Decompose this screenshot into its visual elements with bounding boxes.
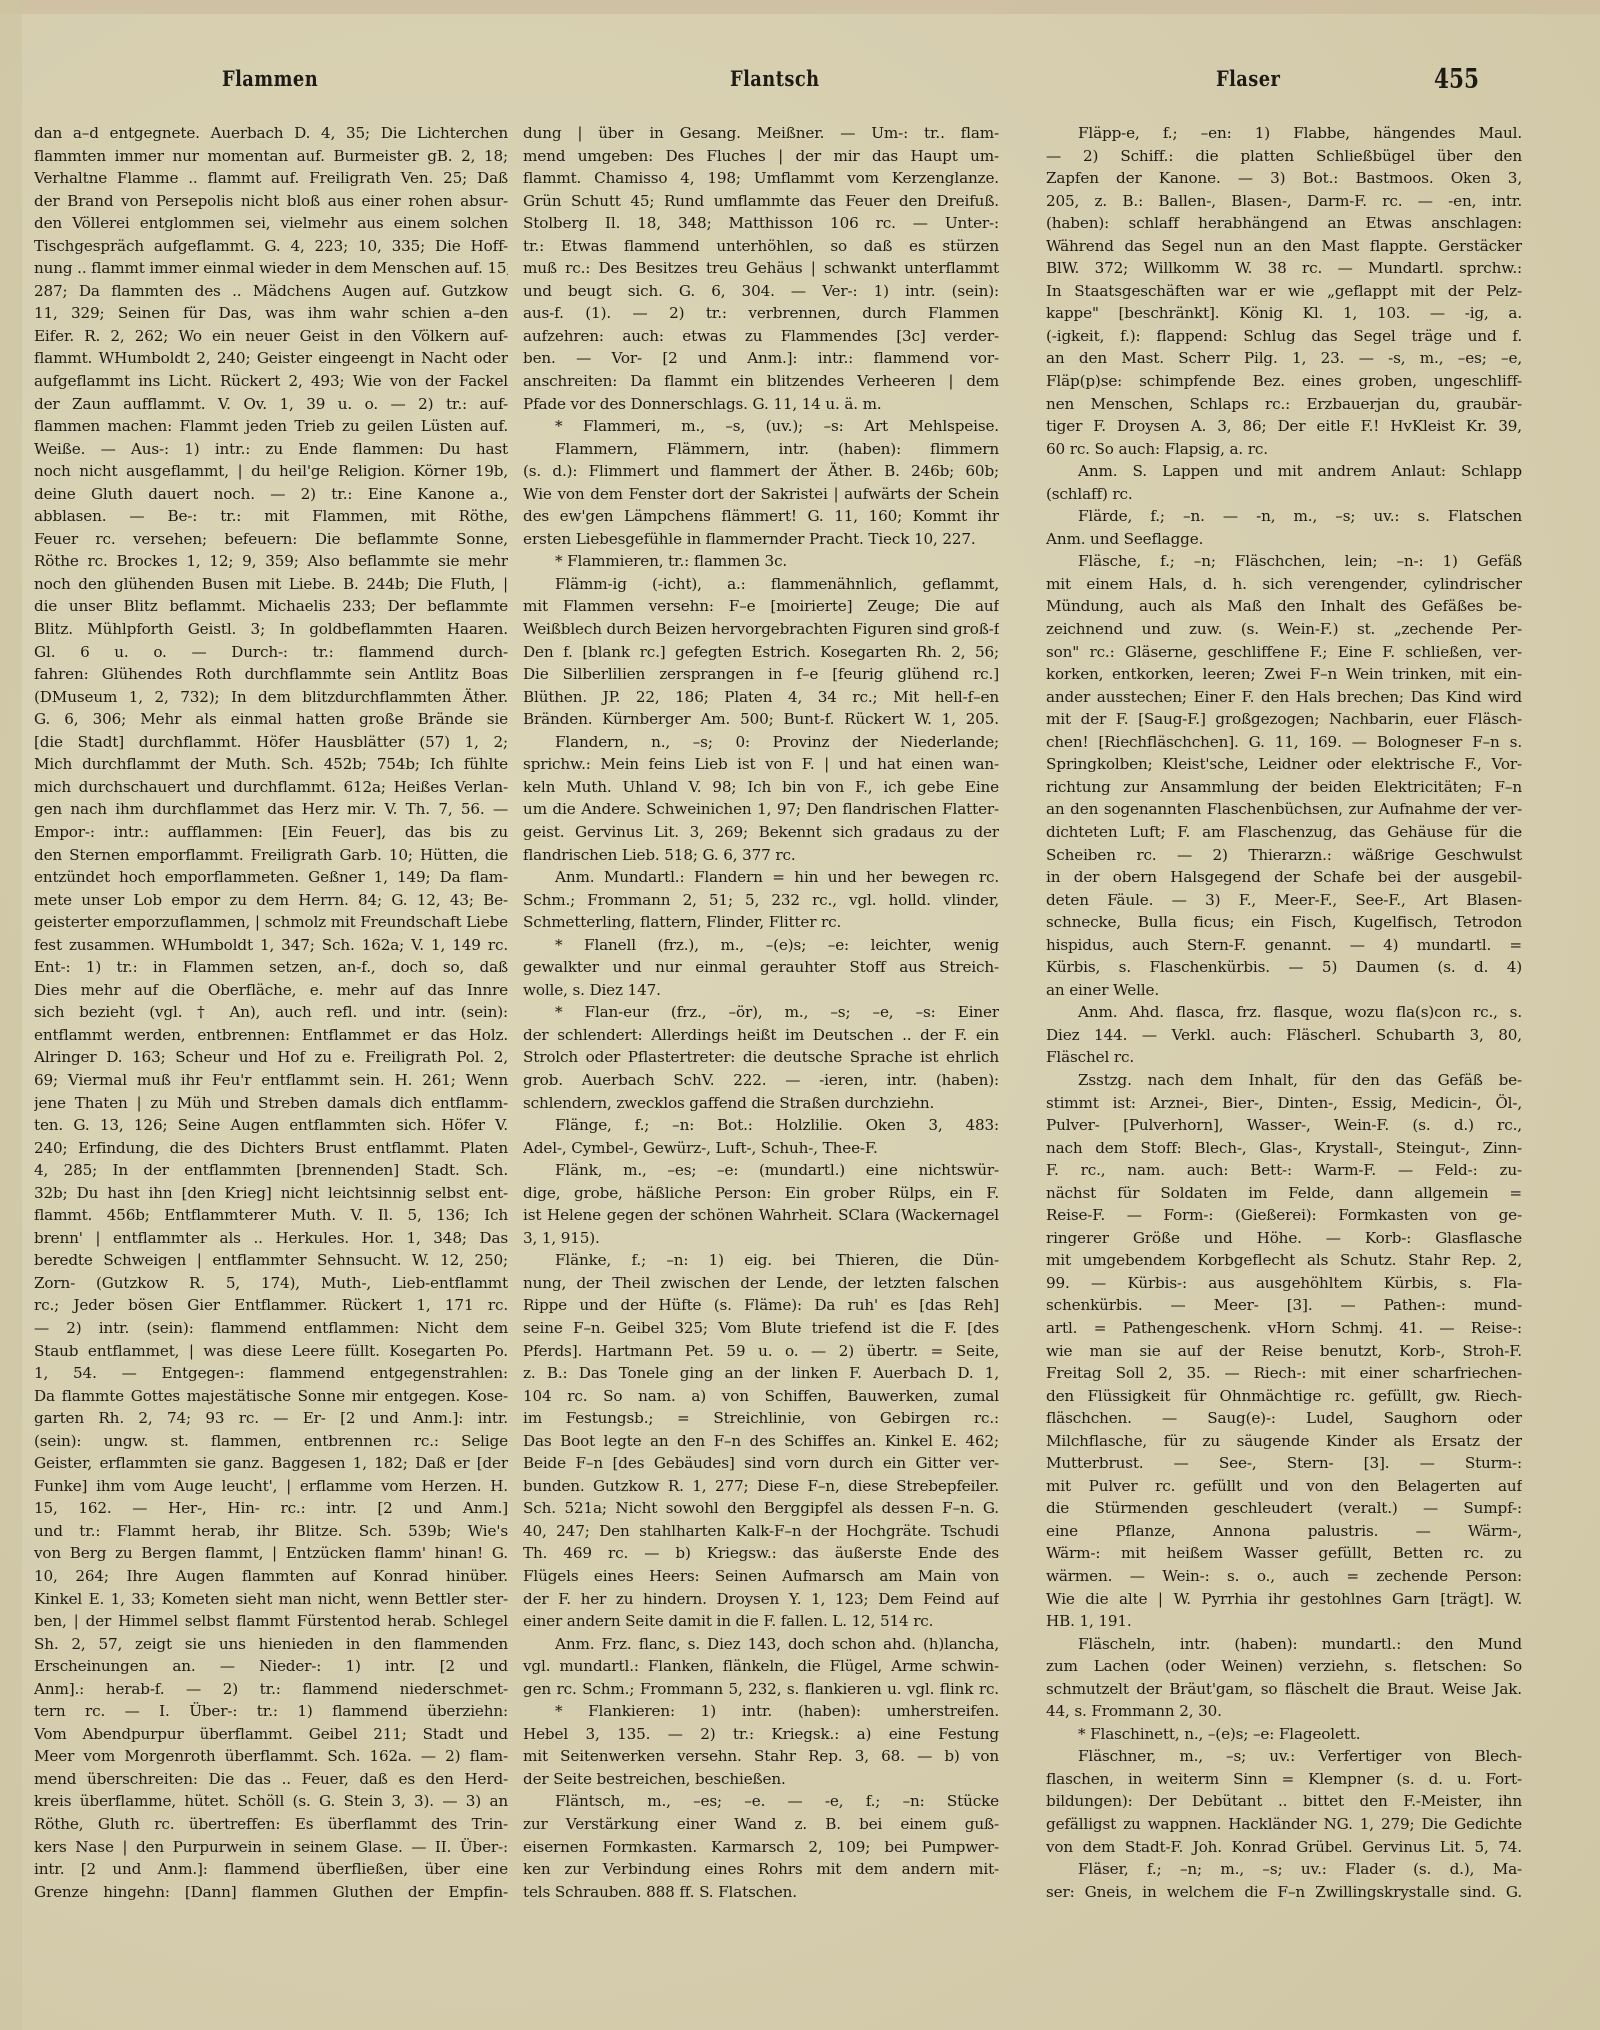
text-line: hispidus, auch Stern-F. genannt. — 4) mu… — [1046, 934, 1522, 957]
text-line: Kürbis, s. Flaschenkürbis. — 5) Daumen (… — [1046, 956, 1522, 979]
text-line: (-igkeit, f.): flappend: Schlug das Sege… — [1046, 325, 1522, 348]
text-line: flaschen, in weiterm Sinn = Klempner (s.… — [1046, 1768, 1522, 1791]
text-line: Strolch oder Pflastertreter: die deutsch… — [523, 1046, 999, 1069]
text-line: 69; Viermal muß ihr Feu'r entflammt sein… — [34, 1069, 508, 1092]
text-line: deten Fäule. — 3) F., Meer-F., See-F., A… — [1046, 889, 1522, 912]
text-line: (haben): schlaff herabhängend an Etwas a… — [1046, 212, 1522, 235]
text-line: flandrischen Lieb. 518; G. 6, 377 rc. — [523, 844, 999, 867]
text-line: des ew'gen Lämpchens flämmert! G. 11, 16… — [523, 505, 999, 528]
text-line: bunden. Gutzkow R. 1, 277; Diese F–n, di… — [523, 1475, 999, 1498]
page-gutter-shadow — [0, 0, 22, 2030]
text-line: den Sternen emporflammt. Freiligrath Gar… — [34, 844, 508, 867]
text-line: eine Pflanze, Annona palustris. — Wärm-, — [1046, 1520, 1522, 1543]
text-line: * Flanell (frz.), m., –(e)s; –e: leichte… — [523, 934, 999, 957]
text-line: Beide F–n [des Gebäudes] sind vorn durch… — [523, 1452, 999, 1475]
text-line: Anm].: herab-f. — 2) tr.: flammend niede… — [34, 1678, 508, 1701]
text-line: HB. 1, 191. — [1046, 1610, 1522, 1633]
text-line: noch nicht ausgeflammt, | du heil'ge Rel… — [34, 460, 508, 483]
column-right: Fläpp-e, f.; –en: 1) Flabbe, hängendes M… — [1046, 122, 1522, 1903]
text-line: Anm. Frz. flanc, s. Diez 143, doch schon… — [523, 1633, 999, 1656]
text-line: mit Flammen versehn: F–e [moirierte] Zeu… — [523, 595, 999, 618]
text-line: Kinkel E. 1, 33; Kometen sieht man nicht… — [34, 1588, 508, 1611]
text-line: zur Verstärkung einer Wand z. B. bei ein… — [523, 1813, 999, 1836]
text-line: entzündet hoch emporflammeten. Geßner 1,… — [34, 866, 508, 889]
text-line: 32b; Du hast ihn [den Krieg] nicht leich… — [34, 1182, 508, 1205]
text-line: Staub entflammet, | was diese Leere füll… — [34, 1340, 508, 1363]
text-line: 287; Da flammten des .. Mädchens Augen a… — [34, 280, 508, 303]
text-line: Wärm-: mit heißem Wasser gefüllt, Betten… — [1046, 1542, 1522, 1565]
text-line: Sch. 521a; Nicht sowohl den Berggipfel a… — [523, 1497, 999, 1520]
text-line: ser: Gneis, in welchem die F–n Zwillings… — [1046, 1881, 1522, 1904]
text-line: Diez 144. — Verkl. auch: Fläscherl. Schu… — [1046, 1024, 1522, 1047]
text-line: chen! [Riechfläschchen]. G. 11, 169. — B… — [1046, 731, 1522, 754]
text-line: abblasen. — Be-: tr.: mit Flammen, mit R… — [34, 505, 508, 528]
text-line: Während das Segel nun an den Mast flappt… — [1046, 235, 1522, 258]
text-line: Hebel 3, 135. — 2) tr.: Kriegsk.: a) ein… — [523, 1723, 999, 1746]
text-line: 10, 264; Ihre Augen flammten auf Konrad … — [34, 1565, 508, 1588]
text-line: [die Stadt] durchflammt. Höfer Hausblätt… — [34, 731, 508, 754]
text-line: Zorn- (Gutzkow R. 5, 174), Muth-, Lieb-e… — [34, 1272, 508, 1295]
text-line: 11, 329; Seinen für Das, was ihm wahr sc… — [34, 302, 508, 325]
running-header: Flammen Flantsch Flaser 455 — [0, 66, 1600, 106]
text-line: Zsstzg. nach dem Inhalt, für den das Gef… — [1046, 1069, 1522, 1092]
text-line: nach dem Stoff: Blech-, Glas-, Krystall-… — [1046, 1137, 1522, 1160]
text-line: Flänge, f.; –n: Bot.: Holzlilie. Oken 3,… — [523, 1114, 999, 1137]
text-line: Scheiben rc. — 2) Thierarzn.: wäßrige Ge… — [1046, 844, 1522, 867]
text-line: mend überschreiten: Die das .. Feuer, da… — [34, 1768, 508, 1791]
text-line: der F. her zu hindern. Droysen Y. 1, 123… — [523, 1588, 999, 1611]
text-line: ersten Liebesgefühle in flammernder Prac… — [523, 528, 999, 551]
text-line: sprichw.: Mein feins Lieb ist von F. | u… — [523, 753, 999, 776]
text-line: Adel-, Cymbel-, Gewürz-, Luft-, Schuh-, … — [523, 1137, 999, 1160]
text-line: gen nach ihm durchflammet das Herz mir. … — [34, 798, 508, 821]
text-line: * Flan-eur (frz., –ör), m., –s; –e, –s: … — [523, 1001, 999, 1024]
right-guide-word: Flaser — [1216, 66, 1280, 91]
text-line: 15, 162. — Her-, Hin- rc.: intr. [2 und … — [34, 1497, 508, 1520]
text-line: ringerer Größe und Höhe. — Korb-: Glasfl… — [1046, 1227, 1522, 1250]
text-line: tels Schrauben. 888 ff. S. Flatschen. — [523, 1881, 999, 1904]
text-line: Empor-: intr.: aufflammen: [Ein Feuer], … — [34, 821, 508, 844]
text-line: Meer vom Morgenroth überflammt. Sch. 162… — [34, 1745, 508, 1768]
text-line: Fläser, f.; –n; m., –s; uv.: Flader (s. … — [1046, 1858, 1522, 1881]
text-line: um die Andere. Schweinichen 1, 97; Den f… — [523, 798, 999, 821]
text-line: Das Boot legte an den F–n des Schiffes a… — [523, 1430, 999, 1453]
text-line: Sh. 2, 57, zeigt sie uns hienieden in de… — [34, 1633, 508, 1656]
text-line: kers Nase | den Purpurwein in seinem Gla… — [34, 1836, 508, 1859]
text-line: mich durchschauert und durchflammt. 612a… — [34, 776, 508, 799]
text-line: ben. — Vor- [2 und Anm.]: intr.: flammen… — [523, 347, 999, 370]
text-line: vgl. mundartl.: Flanken, flänkeln, die F… — [523, 1655, 999, 1678]
text-line: Feuer rc. versehen; befeuern: Die beflam… — [34, 528, 508, 551]
text-line: Reise-F. — Form-: (Gießerei): Formkasten… — [1046, 1204, 1522, 1227]
text-line: an den Mast. Scherr Pilg. 1, 23. — -s, m… — [1046, 347, 1522, 370]
text-line: flammten immer nur momentan auf. Burmeis… — [34, 145, 508, 168]
text-line: an einer Welle. — [1046, 979, 1522, 1002]
text-line: wie man sie auf der Reise benutzt, Korb-… — [1046, 1340, 1522, 1363]
text-line: aus-f. (1). — 2) tr.: verbrennen, durch … — [523, 302, 999, 325]
text-line: Geister, erflammten sie ganz. Baggesen 1… — [34, 1452, 508, 1475]
text-line: kreis überflamme, hütet. Schöll (s. G. S… — [34, 1790, 508, 1813]
text-line: schlendern, zwecklos gaffend die Straßen… — [523, 1092, 999, 1115]
text-line: die Stürmenden geschleudert (veralt.) — … — [1046, 1497, 1522, 1520]
text-line: Mich durchflammt der Muth. Sch. 452b; 75… — [34, 753, 508, 776]
text-line: Eifer. R. 2, 262; Wo ein neuer Geist in … — [34, 325, 508, 348]
text-line: mit Pulver rc. gefüllt und von den Belag… — [1046, 1475, 1522, 1498]
text-line: flammt. Chamisso 4, 198; Umflammt vom Ke… — [523, 167, 999, 190]
text-line: nen Menschen, Schlaps rc.: Erzbauerjan d… — [1046, 393, 1522, 416]
text-line: deine Gluth dauert noch. — 2) tr.: Eine … — [34, 483, 508, 506]
text-line: im Festungsb.; = Streichlinie, von Gebir… — [523, 1407, 999, 1430]
text-line: zeichnend und zuw. (s. Wein-F.) st. „zec… — [1046, 618, 1522, 641]
text-line: gewalkter und nur einmal gerauhter Stoff… — [523, 956, 999, 979]
text-line: Fläsche, f.; –n; Fläschchen, lein; –n-: … — [1046, 550, 1522, 573]
text-line: muß rc.: Des Besitzes treu Gehäus | schw… — [523, 257, 999, 280]
text-line: 4, 285; In der entflammten [brennenden] … — [34, 1159, 508, 1182]
text-line: richtung zur Ansammlung der beiden Elekt… — [1046, 776, 1522, 799]
text-line: 3, 1, 915). — [523, 1227, 999, 1250]
text-line: Pfade vor des Donnerschlags. G. 11, 14 u… — [523, 393, 999, 416]
text-line: Den f. [blank rc.] gefegten Estrich. Kos… — [523, 641, 999, 664]
text-line: mit der F. [Saug-F.] großgezogen; Nachba… — [1046, 708, 1522, 731]
text-line: Grün Schutt 45; Rund umflammte das Feuer… — [523, 190, 999, 213]
text-line: nung, der Theil zwischen der Lende, der … — [523, 1272, 999, 1295]
text-line: nächst für Soldaten im Felde, dann allge… — [1046, 1182, 1522, 1205]
text-line: mit einem Hals, d. h. sich verengender, … — [1046, 573, 1522, 596]
text-line: Flänke, f.; –n: 1) eig. bei Thieren, die… — [523, 1249, 999, 1272]
text-line: und beugt sich. G. 6, 304. — Ver-: 1) in… — [523, 280, 999, 303]
text-line: * Flaschinett, n., –(e)s; –e: Flageolett… — [1046, 1723, 1522, 1746]
text-line: Anm. und Seeflagge. — [1046, 528, 1522, 551]
text-line: Röthe rc. Brockes 1, 12; 9, 359; Also be… — [34, 550, 508, 573]
text-line: flammt. WHumboldt 2, 240; Geister eingee… — [34, 347, 508, 370]
text-line: tern rc. — I. Über-: tr.: 1) flammend üb… — [34, 1700, 508, 1723]
text-line: — 2) intr. (sein): flammend entflammen: … — [34, 1317, 508, 1340]
text-line: ken zur Verbindung eines Rohrs mit dem a… — [523, 1858, 999, 1881]
text-line: korken, entkorken, leeren; Zwei F–n Wein… — [1046, 663, 1522, 686]
text-line: den Flüssigkeit für Ohnmächtige rc. gefü… — [1046, 1385, 1522, 1408]
text-line: ist Helene gegen der schönen Wahrheit. S… — [523, 1204, 999, 1227]
text-line: 104 rc. So nam. a) von Schiffen, Bauwerk… — [523, 1385, 999, 1408]
text-line: z. B.: Das Tonele ging an der linken F. … — [523, 1362, 999, 1385]
column-middle: dung | über in Gesang. Meißner. — Um-: t… — [523, 122, 999, 1903]
text-line: Blüthen. JP. 22, 186; Platen 4, 34 rc.; … — [523, 686, 999, 709]
text-line: zum Lachen (oder Weinen) verziehn, s. fl… — [1046, 1655, 1522, 1678]
text-line: noch den glühenden Busen mit Liebe. B. 2… — [34, 573, 508, 596]
text-line: geisterter emporzuflammen, | schmolz mit… — [34, 911, 508, 934]
text-line: Da flammte Gottes majestätische Sonne mi… — [34, 1385, 508, 1408]
text-line: Grenze hingehn: [Dann] flammen Gluthen d… — [34, 1881, 508, 1904]
text-line: nung .. flammt immer einmal wieder in de… — [34, 257, 508, 280]
text-line: an den sogenannten Flaschenbüchsen, zur … — [1046, 798, 1522, 821]
text-line: schenkürbis. — Meer- [3]. — Pathen-: mun… — [1046, 1294, 1522, 1317]
text-line: Schmetterling, flattern, Flinder, Flitte… — [523, 911, 999, 934]
text-line: dan a–d entgegnete. Auerbach D. 4, 35; D… — [34, 122, 508, 145]
text-line: aufgeflammt ins Licht. Rückert 2, 493; W… — [34, 370, 508, 393]
text-line: Anm. Mundartl.: Flandern = hin und her b… — [523, 866, 999, 889]
text-line: von Berg zu Bergen flammt, | Entzücken f… — [34, 1542, 508, 1565]
text-line: 1, 54. — Entgegen-: flammend entgegenstr… — [34, 1362, 508, 1385]
text-line: der Zaun aufflammt. V. Ov. 1, 39 u. o. —… — [34, 393, 508, 416]
text-line: (schlaff) rc. — [1046, 483, 1522, 506]
text-line: * Flammieren, tr.: flammen 3c. — [523, 550, 999, 573]
text-line: kappe" [beschränkt]. König Kl. 1, 103. —… — [1046, 302, 1522, 325]
text-line: die unser Blitz beflammt. Michaelis 233;… — [34, 595, 508, 618]
text-line: Flämm-ig (-icht), a.: flammenähnlich, ge… — [523, 573, 999, 596]
text-line: dung | über in Gesang. Meißner. — Um-: t… — [523, 122, 999, 145]
text-line: * Flammeri, m., –s, (uv.); –s: Art Mehls… — [523, 415, 999, 438]
text-line: geist. Gervinus Lit. 3, 269; Bekennt sic… — [523, 821, 999, 844]
text-line: Pulver- [Pulverhorn], Wasser-, Wein-F. (… — [1046, 1114, 1522, 1137]
text-line: intr. [2 und Anm.]: flammend überfließen… — [34, 1858, 508, 1881]
text-line: Stolberg Il. 18, 348; Matthisson 106 rc.… — [523, 212, 999, 235]
text-line: von dem Stadt-F. Joh. Konrad Grübel. Ger… — [1046, 1836, 1522, 1859]
text-line: beredte Schweigen | entflammter Sehnsuch… — [34, 1249, 508, 1272]
text-line: (sein): ungw. st. flammen, entbrennen rc… — [34, 1430, 508, 1453]
text-line: Flandern, n., –s; 0: Provinz der Niederl… — [523, 731, 999, 754]
center-guide-word: Flantsch — [730, 66, 820, 91]
text-line: ben, | der Himmel selbst flammt Fürstent… — [34, 1610, 508, 1633]
text-line: ten. G. 13, 126; Seine Augen entflammten… — [34, 1114, 508, 1137]
text-line: 240; Erfindung, die des Dichters Brust e… — [34, 1137, 508, 1160]
text-line: Wie die alte | W. Pyrrhia ihr gestohlnes… — [1046, 1588, 1522, 1611]
text-line: Verhaltne Flamme .. flammt auf. Freiligr… — [34, 167, 508, 190]
text-line: Flügels eines Heers: Seinen Aufmarsch am… — [523, 1565, 999, 1588]
text-line: Dies mehr auf die Oberfläche, e. mehr au… — [34, 979, 508, 1002]
text-line: Fläscheln, intr. (haben): mundartl.: den… — [1046, 1633, 1522, 1656]
text-line: den Völlerei entglommen sei, vielmehr au… — [34, 212, 508, 235]
text-line: Alringer D. 163; Scheur und Hof zu e. Fr… — [34, 1046, 508, 1069]
text-line: Anm. S. Lappen und mit andrem Anlaut: Sc… — [1046, 460, 1522, 483]
text-line: gen rc. Schm.; Frommann 5, 232, s. flank… — [523, 1678, 999, 1701]
text-line: (s. d.): Flimmert und flammert der Äther… — [523, 460, 999, 483]
text-line: mit Seitenwerken versehn. Stahr Rep. 3, … — [523, 1745, 999, 1768]
text-line: wolle, s. Diez 147. — [523, 979, 999, 1002]
text-line: tiger F. Droysen A. 3, 86; Der eitle F.!… — [1046, 415, 1522, 438]
text-line: Springkolben; Kleist'sche, Leidner oder … — [1046, 753, 1522, 776]
text-line: Weißblech durch Beizen hervorgebrachten … — [523, 618, 999, 641]
text-line: garten Rh. 2, 74; 93 rc. — Er- [2 und An… — [34, 1407, 508, 1430]
page-top-edge — [0, 0, 1600, 14]
left-guide-word: Flammen — [222, 66, 318, 91]
text-line: Röthe, Gluth rc. übertreffen: Es überfla… — [34, 1813, 508, 1836]
text-line: mit umgebendem Korbgeflecht als Schutz. … — [1046, 1249, 1522, 1272]
text-line: Ent-: 1) tr.: in Flammen setzen, an-f., … — [34, 956, 508, 979]
text-line: entflammt werden, entbrennen: Entflammet… — [34, 1024, 508, 1047]
text-line: Fläntsch, m., –es; –e. — -e, f.; –n: Stü… — [523, 1790, 999, 1813]
text-line: Anm. Ahd. flasca, frz. flasque, wozu fla… — [1046, 1001, 1522, 1024]
text-line: bildungen): Der Debütant .. bittet den F… — [1046, 1790, 1522, 1813]
text-line: Vom Abendpurpur überflammt. Geibel 211; … — [34, 1723, 508, 1746]
text-line: Blitz. Mühlpforth Geistl. 3; In goldbefl… — [34, 618, 508, 641]
page-number: 455 — [1434, 64, 1479, 95]
text-line: anschreiten: Da flammt ein blitzendes Ve… — [523, 370, 999, 393]
text-line: mend umgeben: Des Fluches | der mir das … — [523, 145, 999, 168]
text-line: und tr.: Flammt herab, ihr Blitze. Sch. … — [34, 1520, 508, 1543]
text-line: Funke] ihm vom Auge leucht', | erflamme … — [34, 1475, 508, 1498]
text-line: Milchflasche, für zu säugende Kinder als… — [1046, 1430, 1522, 1453]
text-line: der Brand von Persepolis nicht bloß aus … — [34, 190, 508, 213]
text-line: mete unser Lob empor zu dem Herrn. 84; G… — [34, 889, 508, 912]
text-line: Freitag Soll 2, 35. — Riech-: mit einer … — [1046, 1362, 1522, 1385]
text-line: — 2) Schiff.: die platten Schließbügel ü… — [1046, 145, 1522, 168]
text-line: Tischgespräch aufgeflammt. G. 4, 223; 10… — [34, 235, 508, 258]
text-line: Pferds]. Hartmann Pet. 59 u. o. — 2) übe… — [523, 1340, 999, 1363]
text-line: Flammern, Flämmern, intr. (haben): flimm… — [523, 438, 999, 461]
text-line: Flänk, m., –es; –e: (mundartl.) eine nic… — [523, 1159, 999, 1182]
text-line: Fläschner, m., –s; uv.: Verfertiger von … — [1046, 1745, 1522, 1768]
text-line: F. rc., nam. auch: Bett-: Warm-F. — Feld… — [1046, 1159, 1522, 1182]
text-line: Erscheinungen an. — Nieder-: 1) intr. [2… — [34, 1655, 508, 1678]
text-line: eisernen Formkasten. Karmarsch 2, 109; b… — [523, 1836, 999, 1859]
text-line: fest zusammen. WHumboldt 1, 347; Sch. 16… — [34, 934, 508, 957]
text-line: schnecke, Bulla ficus; ein Fisch, Kugelf… — [1046, 911, 1522, 934]
text-line: Mündung, auch als Maß den Inhalt des Gef… — [1046, 595, 1522, 618]
text-line: rc.; Jeder bösen Gier Entflammer. Rücker… — [34, 1294, 508, 1317]
text-line: Schm.; Frommann 2, 51; 5, 232 rc., vgl. … — [523, 889, 999, 912]
text-line: 40, 247; Den stahlharten Kalk-F–n der Ho… — [523, 1520, 999, 1543]
text-line: stimmt ist: Arznei-, Bier-, Dinten-, Ess… — [1046, 1092, 1522, 1115]
text-line: Fläp(p)se: schimpfende Bez. eines groben… — [1046, 370, 1522, 393]
text-line: Weiße. — Aus-: 1) intr.: zu Ende flammen… — [34, 438, 508, 461]
text-line: Fläschel rc. — [1046, 1046, 1522, 1069]
text-line: in der obern Halsgegend der Schafe bei d… — [1046, 866, 1522, 889]
text-line: Zapfen der Kanone. — 3) Bot.: Bastmoos. … — [1046, 167, 1522, 190]
text-line: einer andern Seite damit in die F. falle… — [523, 1610, 999, 1633]
text-line: brenn' | entflammter als .. Herkules. Ho… — [34, 1227, 508, 1250]
text-line: seine F–n. Geibel 325; Vom Blute triefen… — [523, 1317, 999, 1340]
text-line: flammt. 456b; Entflammterer Muth. V. Il.… — [34, 1204, 508, 1227]
text-line: (DMuseum 1, 2, 732); In dem blitzdurchfl… — [34, 686, 508, 709]
text-line: Mutterbrust. — See-, Stern- [3]. — Sturm… — [1046, 1452, 1522, 1475]
text-line: BlW. 372; Willkomm W. 38 rc. — Mundartl.… — [1046, 257, 1522, 280]
text-line: In Staatsgeschäften war er wie „geflappt… — [1046, 280, 1522, 303]
text-line: Gl. 6 u. o. — Durch-: tr.: flammend durc… — [34, 641, 508, 664]
text-line: wärmen. — Wein-: s. o., auch = zechende … — [1046, 1565, 1522, 1588]
text-line: keln Muth. Uhland V. 98; Ich bin von F.,… — [523, 776, 999, 799]
text-line: son" rc.: Gläserne, geschliffene F.; Ein… — [1046, 641, 1522, 664]
text-line: Th. 469 rc. — b) Kriegsw.: das äußerste … — [523, 1542, 999, 1565]
text-line: G. 6, 306; Mehr als einmal hatten große … — [34, 708, 508, 731]
text-line: 44, s. Frommann 2, 30. — [1046, 1700, 1522, 1723]
text-line: grob. Auerbach SchV. 222. — -ieren, intr… — [523, 1069, 999, 1092]
text-line: dichteten Luft; F. am Flaschenzug, das G… — [1046, 821, 1522, 844]
text-line: schmutzelt der Bräut'gam, so fläschelt d… — [1046, 1678, 1522, 1701]
text-line: sich bezieht (vgl. † An), auch refl. und… — [34, 1001, 508, 1024]
text-line: der Seite bestreichen, beschießen. — [523, 1768, 999, 1791]
text-line: jene Thaten | zu Müh und Streben damals … — [34, 1092, 508, 1115]
text-line: * Flankieren: 1) intr. (haben): umherstr… — [523, 1700, 999, 1723]
text-line: 99. — Kürbis-: aus ausgehöhltem Kürbis, … — [1046, 1272, 1522, 1295]
text-line: 205, z. B.: Ballen-, Blasen-, Darm-F. rc… — [1046, 190, 1522, 213]
text-line: der schlendert: Allerdings heißt im Deut… — [523, 1024, 999, 1047]
text-line: 60 rc. So auch: Flapsig, a. rc. — [1046, 438, 1522, 461]
text-line: tr.: Etwas flammend unterhöhlen, so daß … — [523, 235, 999, 258]
text-line: fläschchen. — Saug(e)-: Ludel, Saughorn … — [1046, 1407, 1522, 1430]
text-line: artl. = Pathengeschenk. vHorn Schmj. 41.… — [1046, 1317, 1522, 1340]
text-line: aufzehren: auch: etwas zu Flammendes [3c… — [523, 325, 999, 348]
text-line: gefälligst zu wappnen. Hackländer NG. 1,… — [1046, 1813, 1522, 1836]
text-line: dige, grobe, häßliche Person: Ein grober… — [523, 1182, 999, 1205]
text-line: Bränden. Kürnberger Am. 500; Bunt-f. Rüc… — [523, 708, 999, 731]
column-left: dan a–d entgegnete. Auerbach D. 4, 35; D… — [34, 122, 508, 1903]
text-line: Wie von dem Fenster dort der Sakristei |… — [523, 483, 999, 506]
text-line: Flärde, f.; –n. — -n, m., –s; uv.: s. Fl… — [1046, 505, 1522, 528]
text-line: fahren: Glühendes Roth durchflammte sein… — [34, 663, 508, 686]
text-line: flammen machen: Flammt jeden Trieb zu ge… — [34, 415, 508, 438]
text-line: Die Silberlilien zersprangen in f–e [feu… — [523, 663, 999, 686]
text-line: Rippe und der Hüfte (s. Fläme): Da ruh' … — [523, 1294, 999, 1317]
text-line: ander ausstechen; Einer F. den Hals brec… — [1046, 686, 1522, 709]
text-line: Fläpp-e, f.; –en: 1) Flabbe, hängendes M… — [1046, 122, 1522, 145]
